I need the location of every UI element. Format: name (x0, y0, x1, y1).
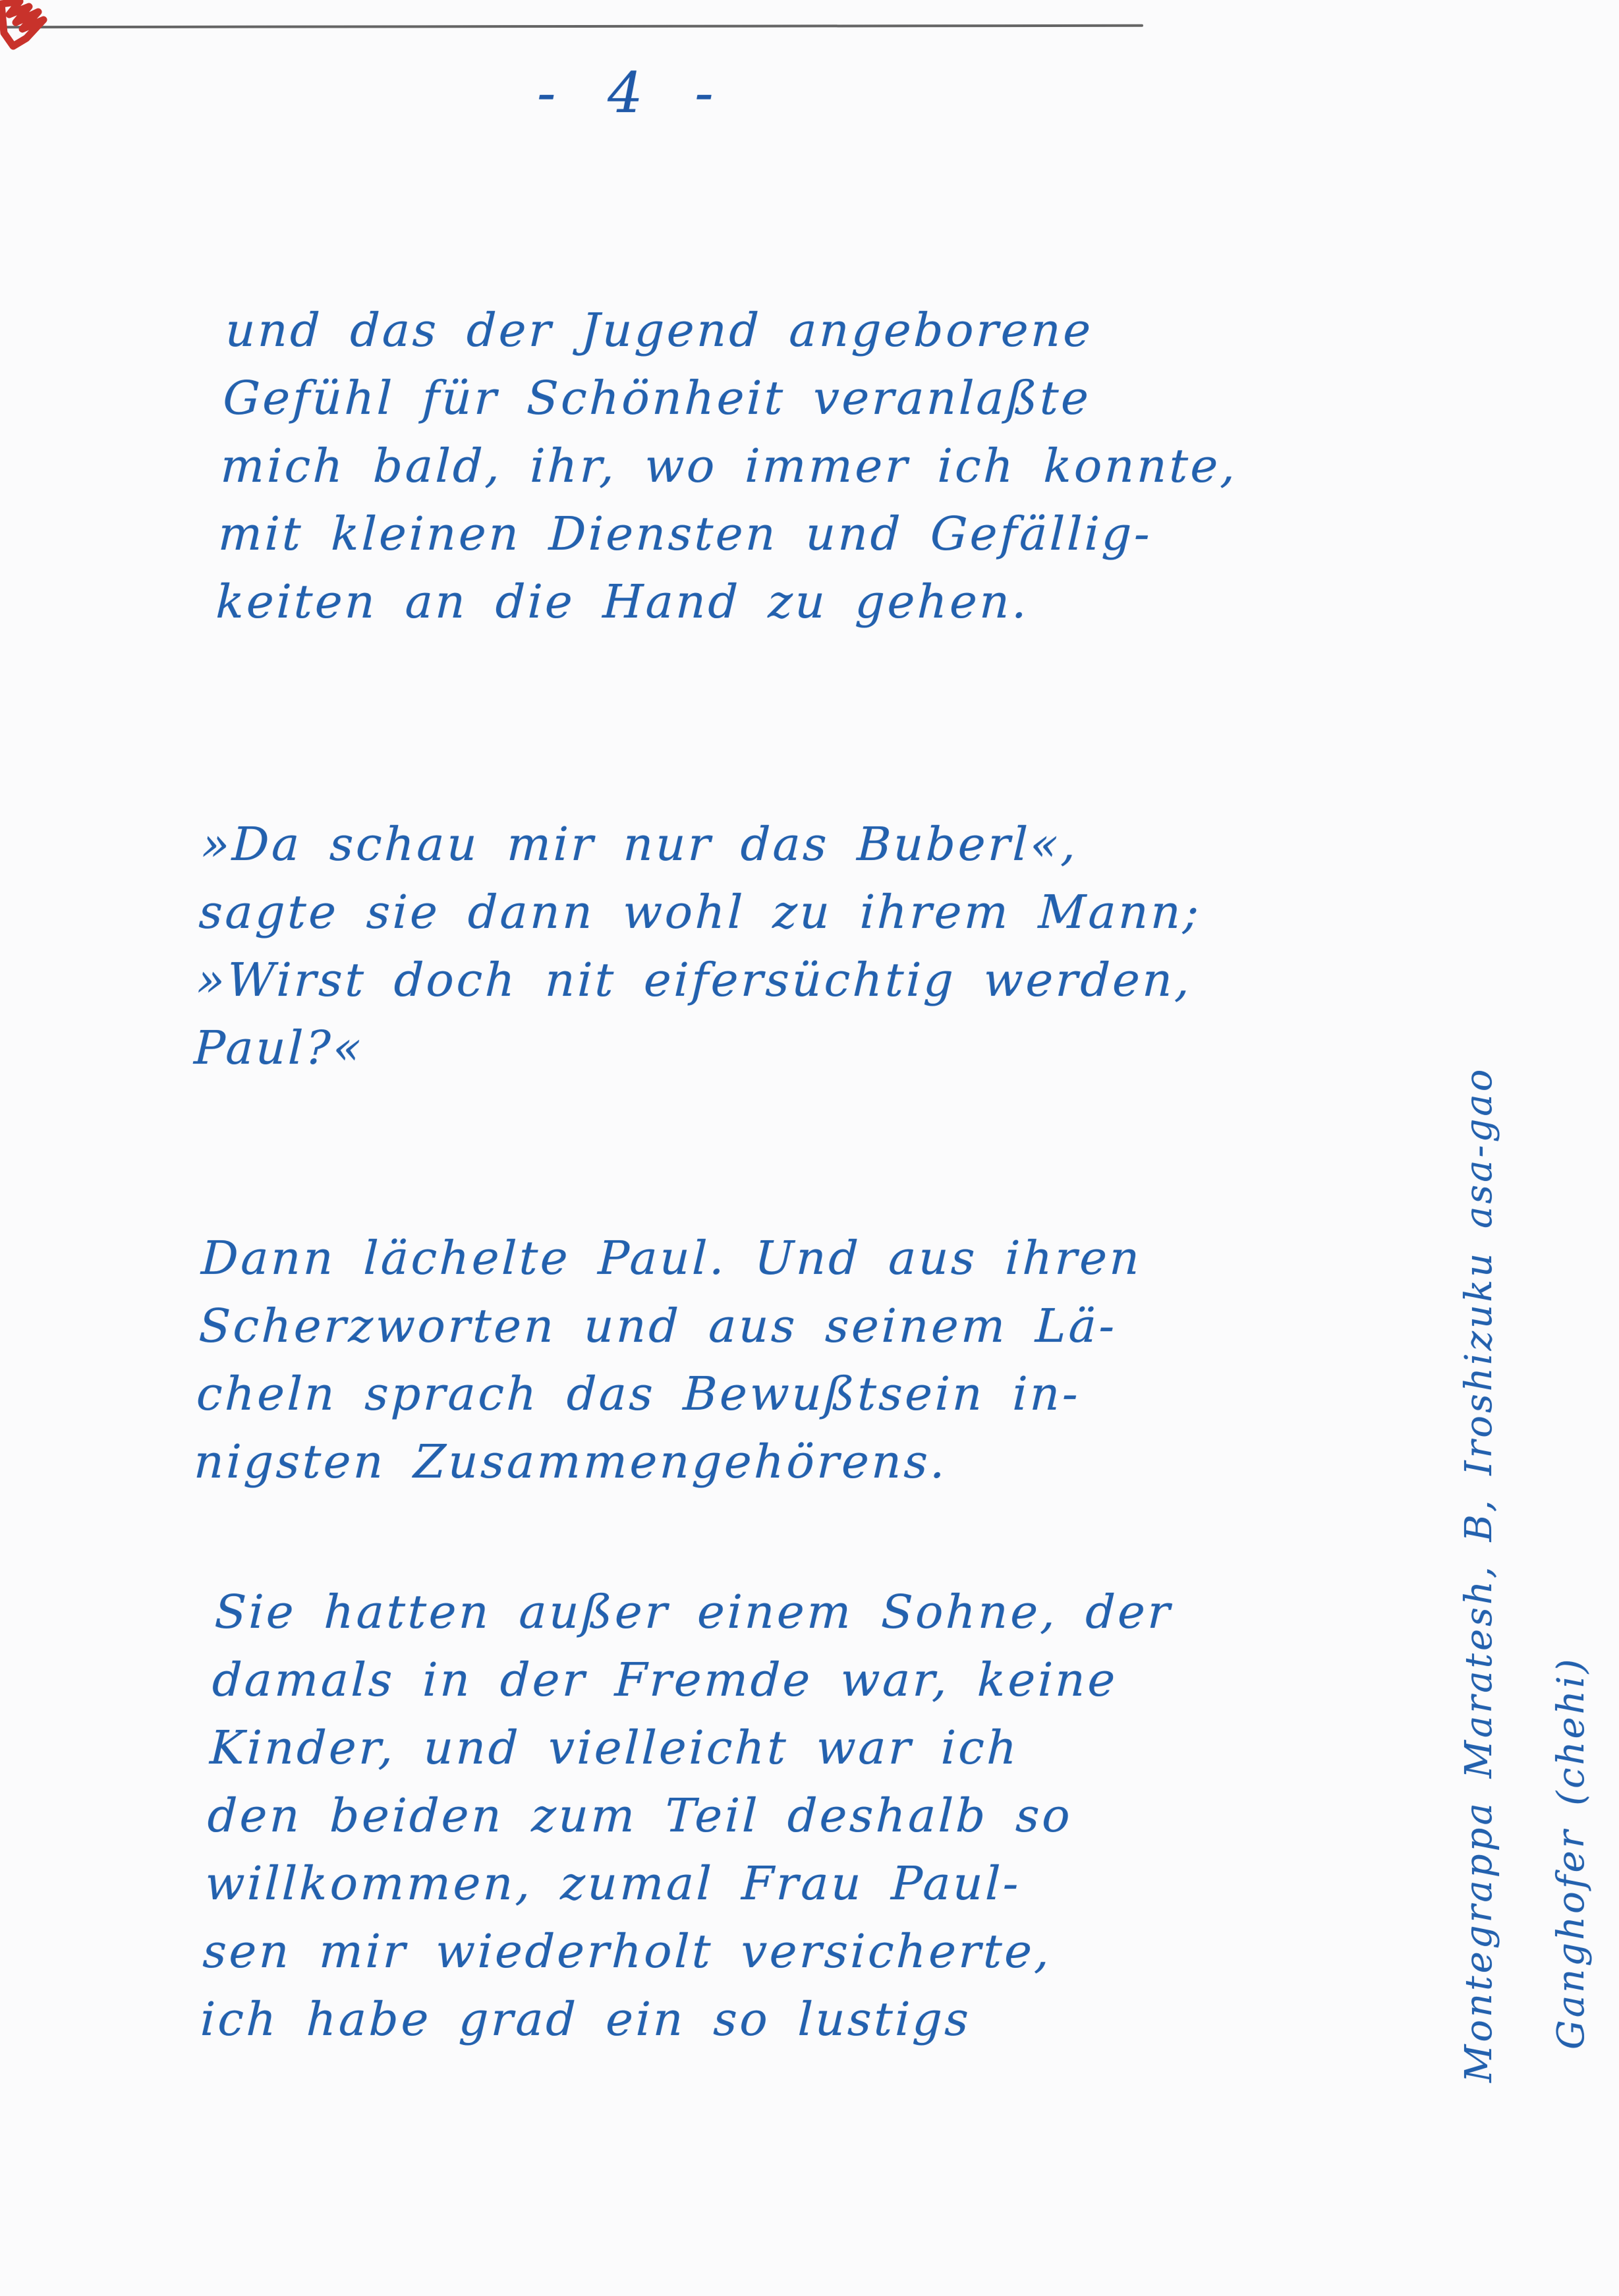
margin-note-source: Ganghofer (chehi) (1545, 1489, 1598, 2050)
paragraph-3: Dann lächelte Paul. Und aus ihren Scherz… (193, 1224, 1454, 1496)
handwritten-line: nigsten Zusammengehörens. (193, 1428, 1448, 1496)
handwritten-line: »Da schau mir nur das Buberl«, (200, 811, 1455, 878)
handwritten-line: »Wirst doch nit eifersüchtig werden, (195, 946, 1450, 1014)
paragraph-1: und das der Jugend angeborene Gefühl für… (215, 297, 1479, 636)
handwritten-line: sen mir wiederholt versicherte, (202, 1918, 1456, 1986)
handwritten-line: willkommen, zumal Frau Paul- (204, 1850, 1459, 1918)
handwritten-line: mich bald, ihr, wo immer ich konnte, (219, 432, 1474, 500)
handwritten-line: den beiden zum Teil deshalb so (206, 1782, 1461, 1850)
paragraph-4: Sie hatten außer einem Sohne, der damals… (199, 1578, 1467, 2053)
paragraph-2: »Da schau mir nur das Buberl«, sagte sie… (193, 811, 1454, 1082)
handwritten-line: und das der Jugend angeborene (224, 297, 1479, 364)
handwritten-line: cheln sprach das Bewußtsein in- (195, 1360, 1450, 1428)
handwritten-line: ich habe grad ein so lustigs (199, 1986, 1454, 2053)
handwritten-line: Kinder, und vielleicht war ich (209, 1714, 1463, 1782)
page-number: - 4 - (537, 61, 731, 125)
handwritten-line: Scherzworten und aus seinem Lä- (198, 1292, 1452, 1360)
handwritten-line: sagte sie dann wohl zu ihrem Mann; (198, 878, 1452, 946)
handwritten-line: keiten an die Hand zu gehen. (215, 568, 1469, 636)
handwritten-line: damals in der Fremde war, keine (211, 1646, 1465, 1714)
scanned-handwritten-page: - 4 - und das der Jugend angeborene Gefü… (0, 0, 1619, 2296)
handwritten-line: Sie hatten außer einem Sohne, der (213, 1578, 1468, 1646)
margin-note-pen-ink: Montegrappa Maratesh, B, Iroshizuku asa-… (1453, 461, 1506, 2082)
handwritten-line: Dann lächelte Paul. Und aus ihren (200, 1224, 1455, 1292)
red-corner-mark (0, 0, 79, 53)
handwritten-line: Paul?« (193, 1014, 1448, 1082)
scan-edge-line (0, 24, 1143, 28)
handwritten-line: mit kleinen Diensten und Gefällig- (217, 500, 1472, 568)
handwritten-line: Gefühl für Schönheit veranlaßte (222, 364, 1477, 432)
